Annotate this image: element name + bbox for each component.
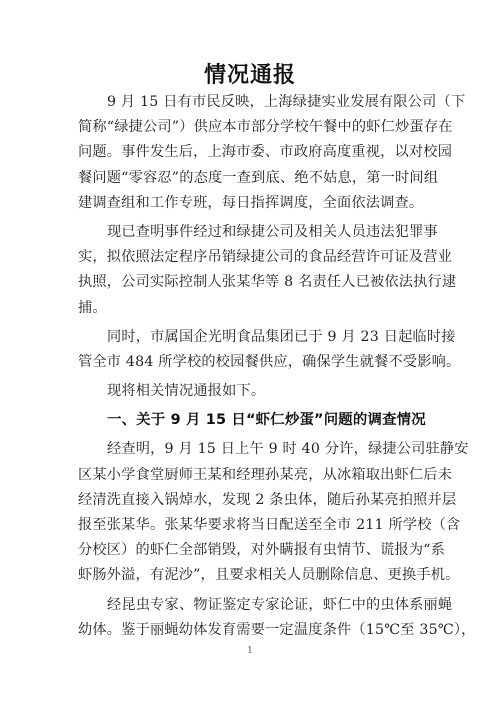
paragraph-line: 幼体。鉴于丽蝇幼体发育需要一定温度条件（15℃至 35℃）， [78, 618, 424, 643]
paragraph-line: 执照，公司实际控制人张某华等 8 名责任人已被依法执行逮 [78, 270, 424, 295]
paragraph-line: 问题。事件发生后，上海市委、市政府高度重视，以对校园 [78, 140, 424, 165]
paragraph-line: 现已查明事件经过和绿捷公司及相关人员违法犯罪事 [78, 220, 424, 245]
paragraph-line: 区某小学食堂厨师王某和经理孙某亮，从冰箱取出虾仁后未 [78, 463, 424, 488]
paragraph-line: 捕。 [78, 296, 424, 321]
paragraph-line: 餐问题“零容忍”的态度一查到底、绝不姑息，第一时间组 [78, 166, 424, 191]
page-number: 1 [0, 646, 500, 656]
paragraph-line: 管全市 484 所学校的校园餐供应，确保学生就餐不受影响。 [78, 350, 424, 375]
paragraph-line: 同时，市属国企光明食品集团已于 9 月 23 日起临时接 [78, 325, 424, 350]
paragraph-line: 现将相关情况通报如下。 [78, 379, 424, 404]
paragraph-line: 实，拟依照法定程序吊销绿捷公司的食品经营许可证及营业 [78, 245, 424, 270]
document-body: 9 月 15 日有市民反映，上海绿捷实业发展有限公司（下 简称“绿捷公司”）供应… [78, 90, 424, 643]
paragraph-line: 经查明，9 月 15 日上午 9 时 40 分许，绿捷公司驻静安 [78, 437, 424, 462]
paragraph-line: 分校区）的虾仁全部销毁，对外瞒报有虫情节、谎报为“系 [78, 538, 424, 563]
paragraph-line: 虾肠外溢，有泥沙”，且要求相关人员删除信息、更换手机。 [78, 563, 424, 588]
paragraph-line: 简称“绿捷公司”）供应本市部分学校午餐中的虾仁炒蛋存在 [78, 115, 424, 140]
paragraph-line: 报至张某华。张某华要求将当日配送至全市 211 所学校（含 [78, 513, 424, 538]
paragraph-line: 经清洗直接入锅焯水，发现 2 条虫体，随后孙某亮拍照并层 [78, 488, 424, 513]
paragraph-line: 经昆虫专家、物证鉴定专家论证，虾仁中的虫体系丽蝇 [78, 593, 424, 618]
document-title: 情况通报 [0, 58, 500, 89]
paragraph-line: 9 月 15 日有市民反映，上海绿捷实业发展有限公司（下 [78, 90, 424, 115]
document-page: 情况通报 9 月 15 日有市民反映，上海绿捷实业发展有限公司（下 简称“绿捷公… [0, 0, 500, 707]
paragraph-line: 建调查组和工作专班，每日指挥调度，全面依法调查。 [78, 191, 424, 216]
section-heading: 一、关于 9 月 15 日“虾仁炒蛋”问题的调查情况 [78, 408, 424, 433]
